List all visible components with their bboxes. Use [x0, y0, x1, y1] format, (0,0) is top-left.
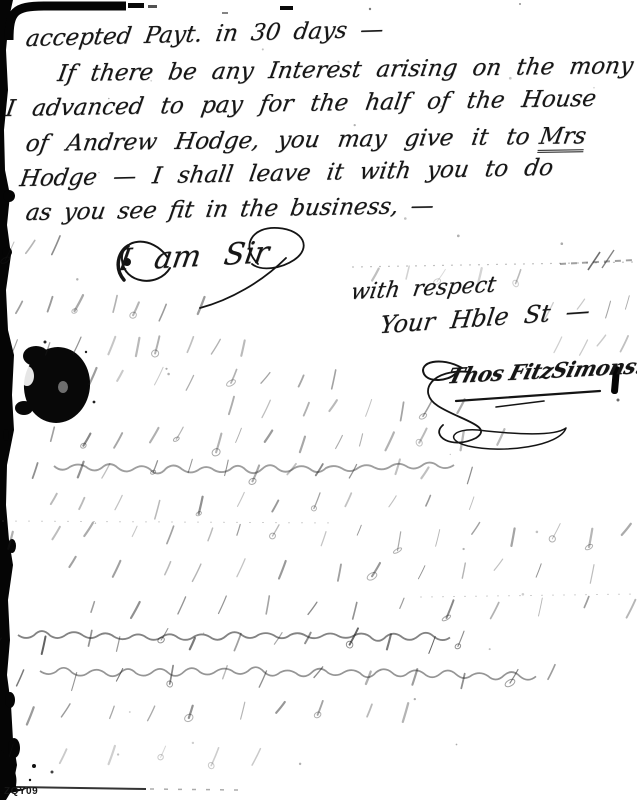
letter-line-1: accepted Payt. in 30 days — — [24, 17, 385, 52]
letter-line-5: Hodge — I shall leave it with you to do — [18, 155, 555, 192]
letter-line-4-mrs: Mrs — [537, 123, 588, 153]
closing-valediction: Your Hble St — — [378, 296, 592, 339]
letter-line-3: I advanced to pay for the half of the Ho… — [4, 86, 598, 122]
closing-salutation: I am Sir — [116, 235, 271, 278]
scan-id-label: ZQY09 — [4, 786, 38, 797]
letter-line-4: of Andrew Hodge, you may give it toMrs — [24, 123, 588, 157]
letter-line-4-text: of Andrew Hodge, you may give it to — [24, 124, 532, 157]
letter-line-2: If there be any Interest arising on the … — [56, 53, 635, 87]
scanned-letter-page: accepted Payt. in 30 days — If there be … — [0, 0, 637, 800]
signature: Thos FitzSimons. — [445, 353, 637, 389]
letter-line-6: as you see fit in the business, — — [24, 193, 436, 226]
ink-blot — [15, 341, 95, 427]
closing-respect: with respect — [349, 272, 498, 305]
